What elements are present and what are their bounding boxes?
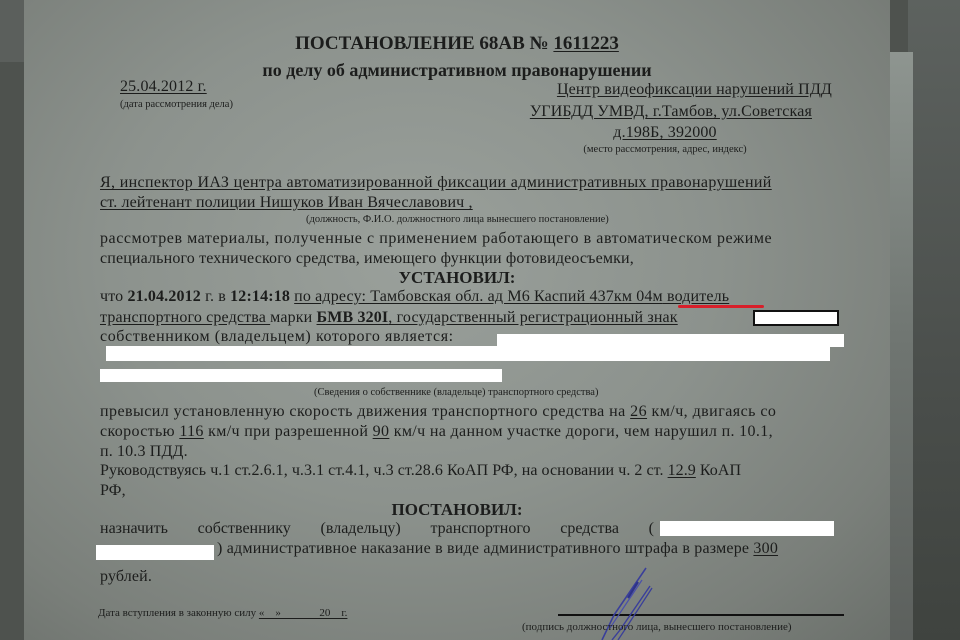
penalty-word: транспортного [430,520,530,538]
speed-text-d: км/ч при разрешенной [204,423,373,440]
legal-basis-tail: КоАП [696,462,741,479]
penalty-word: назначить [100,520,168,538]
violation-prefix: что [100,288,127,305]
title-prefix: ПОСТАНОВЛЕНИЕ 68АВ № [295,33,553,54]
plate-label: , государственный регистрационный знак [388,309,677,326]
violation-time: 12:14:18 [230,288,290,305]
place-line-1: Центр видеофиксации нарушений ПДД [482,81,832,99]
speed-text-c: скоростью [100,423,179,440]
resolution-number: 1611223 [553,33,618,54]
official-caption: (должность, Ф.И.О. должностного лица вын… [306,214,609,225]
owner-caption: (Сведения о собственнике (владельце) тра… [314,387,598,398]
redacted-owner-line-3 [100,369,502,382]
legal-basis-line-2: РФ, [100,482,126,500]
speed-actual: 116 [179,423,203,440]
penalty-text: ) административное наказание в виде адми… [217,540,753,557]
speed-excess: 26 [630,403,647,420]
effective-date-row: Дата вступления в законную силу « » 20 г… [98,607,347,619]
penalty-line-3: рублей. [100,568,152,586]
established-heading: УСТАНОВИЛ: [24,268,890,288]
background-left [0,0,24,62]
speed-text-e: км/ч на данном участке дороги, чем наруш… [389,423,773,440]
resolved-heading: ПОСТАНОВИЛ: [24,500,890,520]
review-date: 25.04.2012 г. [120,78,207,96]
penalty-word: средства [560,520,619,538]
document-title: ПОСТАНОВЛЕНИЕ 68АВ № 1611223 [24,33,890,55]
redacted-owner-line-2 [106,346,830,361]
redacted-owner-name-2 [96,545,214,560]
violation-line-2: транспортного средства марки БМВ 320I, г… [100,309,678,327]
place-line-2: УГИБДД УМВД, г.Тамбов, ул.Советская [482,103,812,121]
signature-caption: (подпись должностного лица, вынесшего по… [522,621,792,633]
penalty-word: ( [649,520,654,538]
place-caption: (место рассмотрения, адрес, индекс) [482,144,848,155]
violation-mid: г. в [201,288,230,305]
penalty-line-1: назначить собственнику (владельцу) транс… [100,520,654,538]
violation-address: по адресу: Тамбовская обл. ад М6 Каспий [294,288,589,305]
redacted-owner-name-1 [660,521,834,536]
speed-line-2: скоростью 116 км/ч при разрешенной 90 км… [100,423,773,441]
redacted-plate-number [753,310,839,326]
official-line-2: ст. лейтенант полиции Нишуков Иван Вячес… [100,194,473,212]
review-date-caption: (дата рассмотрения дела) [120,99,233,110]
considered-line-2: специального технического средства, имею… [100,250,634,268]
speed-text-b: км/ч, двигаясь со [647,403,776,420]
driver-label: водитель [663,288,729,305]
legal-basis-text: Руководствуясь ч.1 ст.2.6.1, ч.3.1 ст.4.… [100,462,668,479]
violation-date: 21.04.2012 [127,288,201,305]
penalty-word: собственнику [198,520,291,538]
legal-article: 12.9 [668,462,696,479]
official-line-1: Я, инспектор ИАЗ центра автоматизированн… [100,174,772,192]
red-highlight-underline [678,305,764,308]
resolution-document: ПОСТАНОВЛЕНИЕ 68АВ № 1611223 по делу об … [24,0,890,640]
speed-line-1: превысил установленную скорость движения… [100,403,776,421]
speed-limit: 90 [373,423,390,440]
background-paper-edge [889,52,913,640]
brand-label: марки [270,309,316,326]
background-right [908,0,960,640]
considered-line-1: рассмотрев материалы, полученные с приме… [100,230,772,248]
fine-amount: 300 [753,540,778,557]
legal-basis-line-1: Руководствуясь ч.1 ст.2.6.1, ч.3.1 ст.4.… [100,462,741,480]
speed-line-3: п. 10.3 ПДД. [100,443,188,461]
km-marker: 437км 04м [589,288,662,305]
effective-date-blank: « » 20 г. [259,607,348,619]
speed-text-a: превысил установленную скорость движения… [100,403,630,420]
penalty-line-2: ) административное наказание в виде адми… [217,540,778,558]
vehicle-brand: БМВ 320I [317,309,389,326]
effective-date-label: Дата вступления в законную силу [98,607,259,619]
penalty-word: (владельцу) [321,520,401,538]
owner-label: собственником (владельцем) которого явля… [100,328,454,346]
vehicle-text: транспортного средства [100,309,270,326]
place-line-3: д.198Б, 392000 [482,124,848,142]
violation-line-1: что 21.04.2012 г. в 12:14:18 по адресу: … [100,288,729,306]
